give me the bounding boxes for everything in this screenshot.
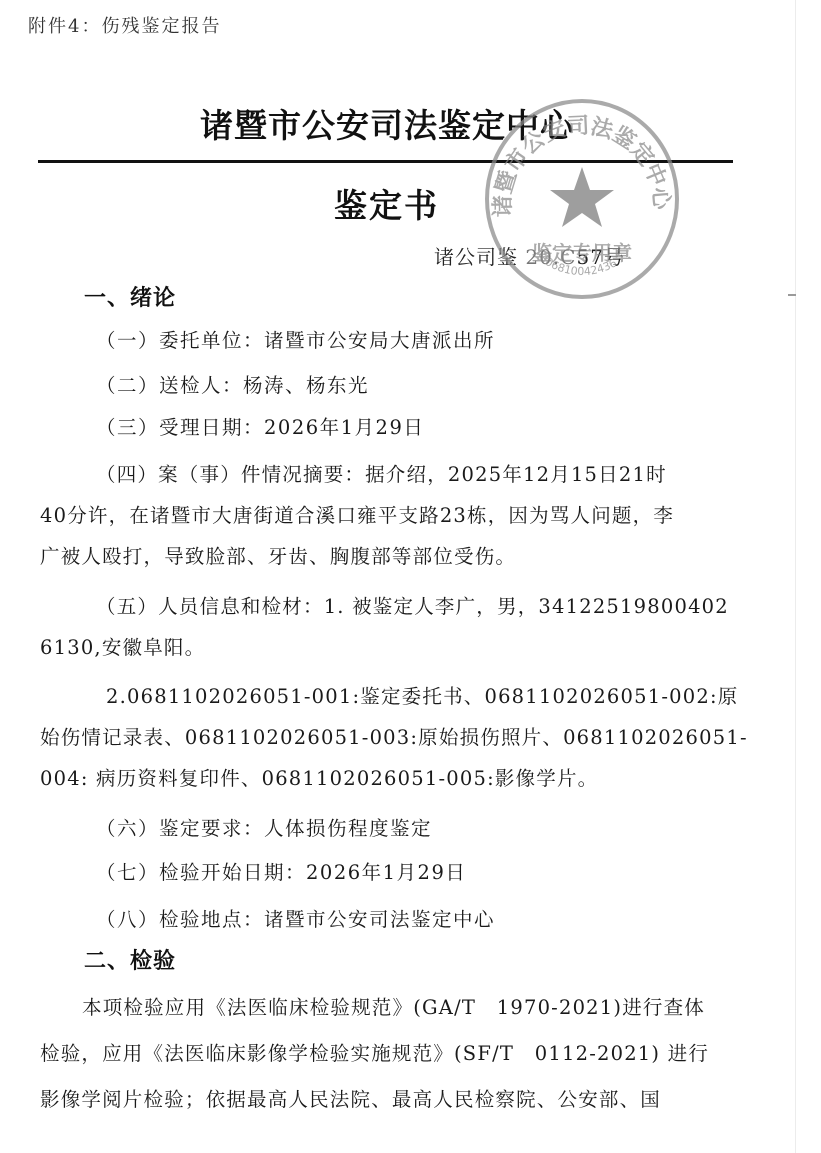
exam-location: （八）检验地点：诸暨市公安司法鉴定中心 [96, 904, 495, 932]
personnel-info-line-2: 6130,安徽阜阳。 [40, 627, 760, 668]
page-edge-divider [795, 0, 796, 1153]
materials-list: 2.0681102026051-001:鉴定委托书、0681102026051-… [40, 676, 760, 799]
materials-line-1: 2.0681102026051-001:鉴定委托书、0681102026051-… [40, 676, 760, 717]
section-heading-exam: 二、检验 [84, 944, 176, 975]
submitter: （二）送检人：杨涛、杨东光 [96, 370, 369, 398]
entrusting-unit: （一）委托单位：诸暨市公安局大唐派出所 [96, 325, 495, 353]
exam-start-date: （七）检验开始日期：2026年1月29日 [96, 857, 466, 885]
exam-body-line-3: 影像学阅片检验；依据最高人民法院、最高人民检察院、公安部、国 [40, 1077, 760, 1123]
exam-body: 本项检验应用《法医临床检验规范》(GA/T 1970-2021)进行查体 检验，… [40, 985, 760, 1123]
official-seal-icon: 诸暨市公安司法鉴定中心 鉴定专用章 3306810042436 [482, 97, 682, 302]
personnel-info: （五）人员信息和检材：1. 被鉴定人李广，男，34122519800402 61… [40, 586, 760, 668]
document-title: 鉴定书 [334, 180, 439, 227]
case-summary-line-3: 广被人殴打，导致脸部、牙齿、胸腹部等部位受伤。 [40, 536, 760, 577]
acceptance-date: （三）受理日期：2026年1月29日 [96, 412, 424, 440]
case-summary-line-1: （四）案（事）件情况摘要：据介绍，2025年12月15日21时 [40, 454, 760, 495]
page-edge-mark [788, 294, 796, 296]
appraisal-requirement: （六）鉴定要求：人体损伤程度鉴定 [96, 813, 432, 841]
personnel-info-line-1: （五）人员信息和检材：1. 被鉴定人李广，男，34122519800402 [40, 586, 760, 627]
case-summary-line-2: 40分许，在诸暨市大唐街道合溪口雍平支路23栋，因为骂人问题，李 [40, 495, 760, 536]
materials-line-3: 004: 病历资料复印件、0681102026051-005:影像学片。 [40, 758, 760, 799]
materials-line-2: 始伤情记录表、0681102026051-003:原始损伤照片、06811020… [40, 717, 760, 758]
attachment-label: 附件4：伤残鉴定报告 [28, 12, 221, 38]
exam-body-line-2: 检验，应用《法医临床影像学检验实施规范》(SF/T 0112-2021) 进行 [40, 1031, 760, 1077]
section-heading-intro: 一、绪论 [84, 281, 176, 312]
exam-body-line-1: 本项检验应用《法医临床检验规范》(GA/T 1970-2021)进行查体 [40, 985, 760, 1031]
case-summary: （四）案（事）件情况摘要：据介绍，2025年12月15日21时 40分许，在诸暨… [40, 454, 760, 577]
